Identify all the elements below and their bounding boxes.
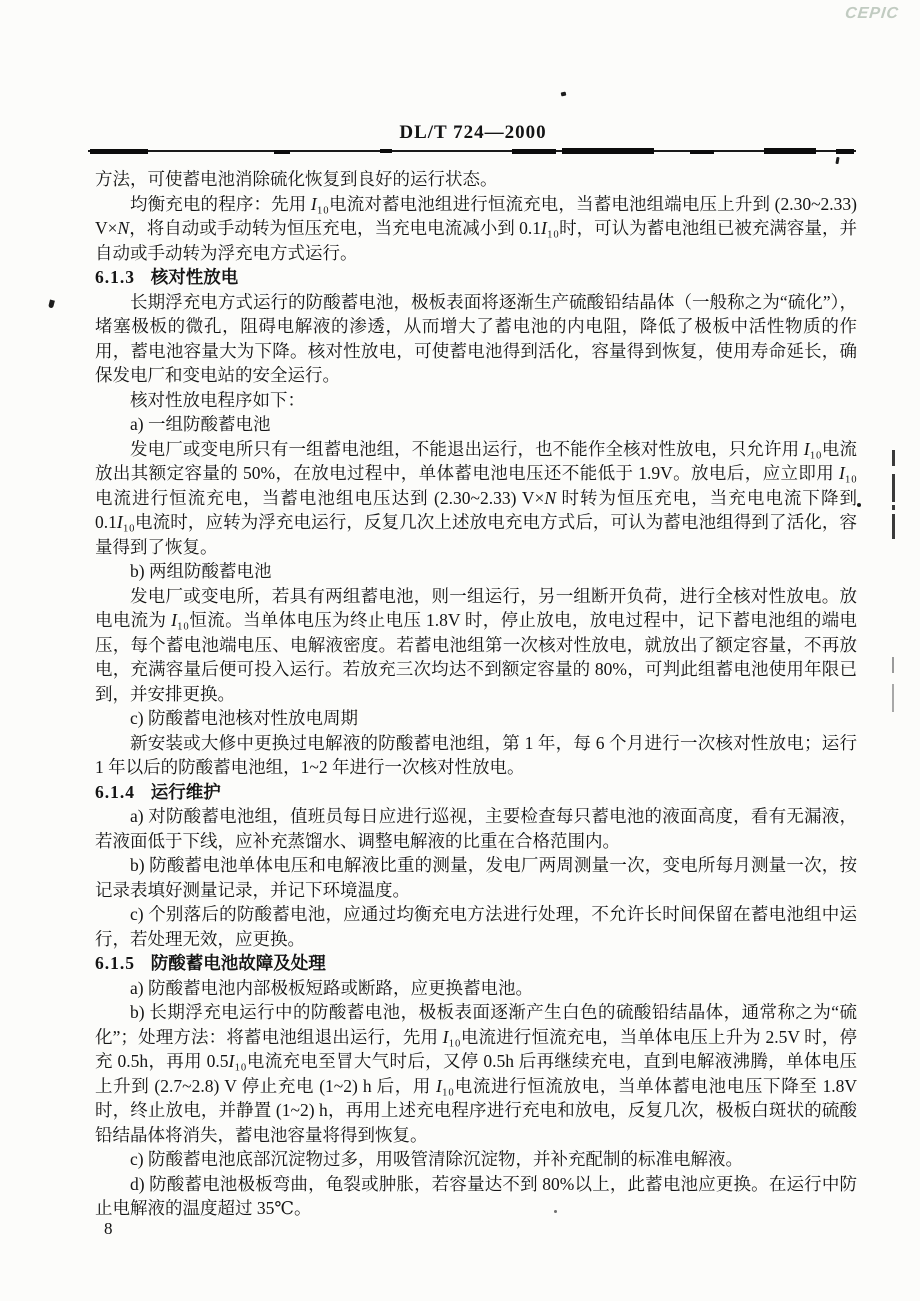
paragraph: a) 对防酸蓄电池组，值班员每日应进行巡视，主要检查每只蓄电池的液面高度，看有无… xyxy=(95,804,857,853)
section-heading: 6.1.3核对性放电 xyxy=(95,265,857,290)
paragraph: 发电厂或变电所，若具有两组蓄电池，则一组运行，另一组断开负荷，进行全核对性放电。… xyxy=(95,584,857,707)
paragraph: b) 两组防酸蓄电池 xyxy=(95,559,857,584)
header-rule-blot xyxy=(274,150,290,154)
scan-edge-mark xyxy=(892,474,895,502)
scan-speck xyxy=(561,92,567,97)
section-number: 6.1.5 xyxy=(95,953,135,973)
scan-speck xyxy=(554,1210,557,1213)
scan-speck xyxy=(835,157,839,164)
section-heading: 6.1.4运行维护 xyxy=(95,780,857,805)
paragraph: 均衡充电的程序：先用 I₁₀电流对蓄电池组进行恒流充电，当蓄电池组端电压上升到 … xyxy=(95,192,857,266)
header-rule-blot xyxy=(690,150,714,154)
paragraph: b) 防酸蓄电池单体电压和电解液比重的测量，发电厂两周测量一次，变电所每月测量一… xyxy=(95,853,857,902)
paragraph: c) 个别落后的防酸蓄电池，应通过均衡充电方法进行处理，不允许长时间保留在蓄电池… xyxy=(95,902,857,951)
paragraph: a) 一组防酸蓄电池 xyxy=(95,412,857,437)
cepic-logo: CEPIC xyxy=(844,5,900,23)
paragraph: 长期浮充电方式运行的防酸蓄电池，极板表面将逐渐生产硫酸铅结晶体（一般称之为“硫化… xyxy=(95,290,857,388)
header-rule xyxy=(88,148,856,155)
header-rule-blot xyxy=(90,149,148,154)
scan-edge-mark xyxy=(892,505,895,510)
paragraph: d) 防酸蓄电池极板弯曲，龟裂或肿胀，若容量达不到 80%以上，此蓄电池应更换。… xyxy=(95,1172,857,1221)
header-rule-blot xyxy=(764,148,816,154)
paragraph: 发电厂或变电所只有一组蓄电池组，不能退出运行，也不能作全核对性放电，只允许用 I… xyxy=(95,437,857,560)
header-rule-blot xyxy=(512,149,556,154)
section-number: 6.1.3 xyxy=(95,267,135,287)
section-title: 核对性放电 xyxy=(151,267,239,287)
paragraph: 新安装或大修中更换过电解液的防酸蓄电池组，第 1 年，每 6 个月进行一次核对性… xyxy=(95,731,857,780)
header-rule-blot xyxy=(836,149,854,154)
section-title: 运行维护 xyxy=(151,782,221,802)
scan-speck xyxy=(48,300,55,309)
paragraph: 方法，可使蓄电池消除硫化恢复到良好的运行状态。 xyxy=(95,167,857,192)
scan-edge-mark xyxy=(892,450,895,466)
header-rule-line xyxy=(88,150,856,152)
paragraph: b) 长期浮充电运行中的防酸蓄电池，极板表面逐渐产生白色的硫酸铅结晶体，通常称之… xyxy=(95,1000,857,1147)
scan-edge-mark xyxy=(892,514,895,539)
document-page: CEPIC DL/T 724—2000 方法，可使蓄电池消除硫化恢复到良好的运行… xyxy=(0,0,920,1301)
scan-edge-mark xyxy=(892,657,894,673)
paragraph: a) 防酸蓄电池内部极板短路或断路，应更换蓄电池。 xyxy=(95,976,857,1001)
header-rule-blot xyxy=(562,148,654,154)
standard-number-header: DL/T 724—2000 xyxy=(90,122,856,144)
page-number: 8 xyxy=(104,1219,113,1239)
header-rule-blot xyxy=(380,149,392,153)
section-number: 6.1.4 xyxy=(95,782,135,802)
scan-edge-mark xyxy=(892,684,894,712)
section-heading: 6.1.5防酸蓄电池故障及处理 xyxy=(95,951,857,976)
paragraph: c) 防酸蓄电池底部沉淀物过多，用吸管清除沉淀物，并补充配制的标准电解液。 xyxy=(95,1147,857,1172)
document-body: 方法，可使蓄电池消除硫化恢复到良好的运行状态。均衡充电的程序：先用 I₁₀电流对… xyxy=(95,167,857,1221)
section-title: 防酸蓄电池故障及处理 xyxy=(151,953,326,973)
paragraph: c) 防酸蓄电池核对性放电周期 xyxy=(95,706,857,731)
paragraph: 核对性放电程序如下： xyxy=(95,388,857,413)
scan-speck xyxy=(857,503,861,507)
